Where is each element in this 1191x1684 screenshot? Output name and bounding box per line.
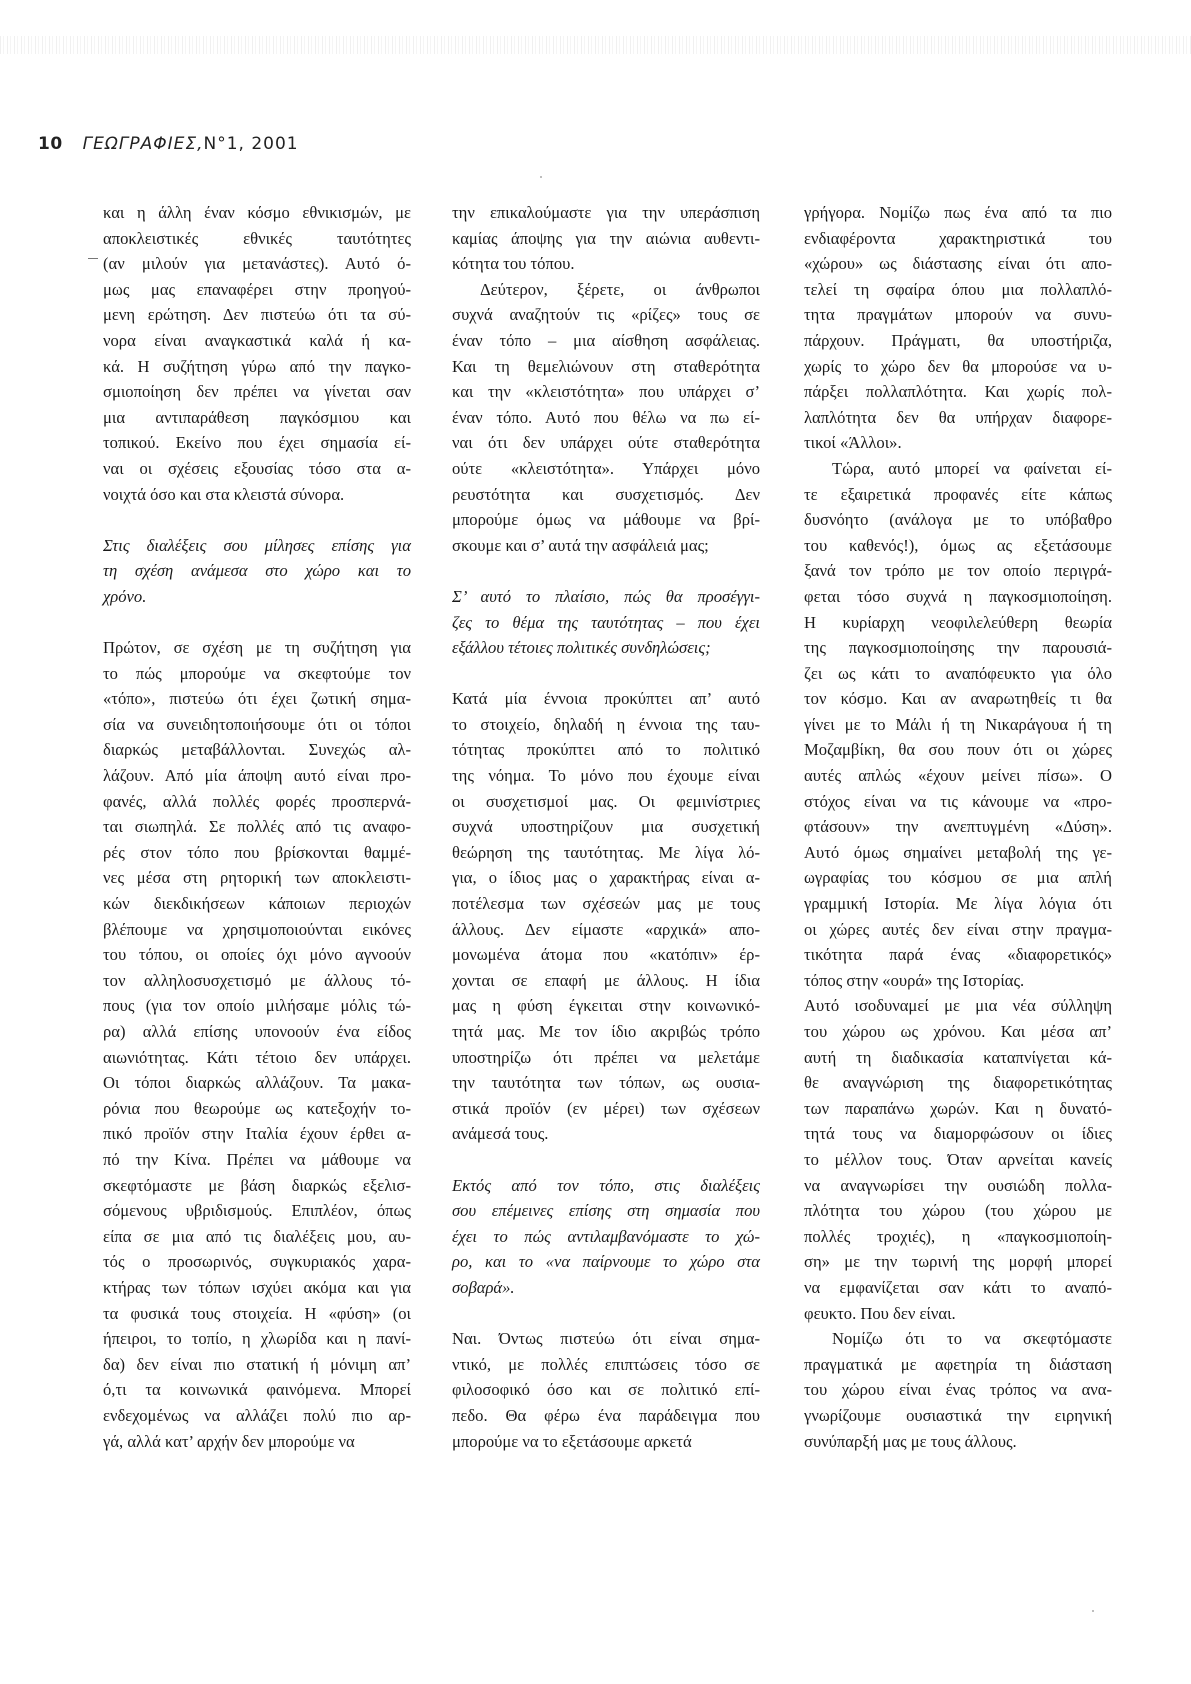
text-line: ποτέλεσμα των σχέσεών μας με τους: [452, 891, 760, 917]
text-line: έναν τόπο – μια αίσθηση ασφάλειας.: [452, 328, 760, 354]
text-line: πους (για τον οποίο μιλήσαμε μόλις τώ-: [103, 993, 411, 1019]
text-line: φιλοσοφικό όσο και σε πολιτικό επί-: [452, 1377, 760, 1403]
text-line: Και τη θεμελιώνουν στη σταθερότητα: [452, 354, 760, 380]
page-number: 10: [38, 134, 63, 154]
interview-question: Στις διαλέξεις σου μίλησες επίσης γιατη …: [103, 533, 411, 610]
text-line: χονται σε επαφή με άλλους. Η ίδια: [452, 968, 760, 994]
interview-answer-paragraph: Κατά μία έννοια προκύπτει απ’ αυτότο στο…: [452, 686, 760, 1147]
text-line: Εκτός από τον τόπο, στις διαλέξεις: [452, 1173, 760, 1199]
text-line: πό την Κίνα. Πρέπει να μάθουμε να: [103, 1147, 411, 1173]
text-line: της νόημα. Το μόνο που έχουμε είναι: [452, 763, 760, 789]
text-line: νορα είναι αναγκαστικά καλά ή κα-: [103, 328, 411, 354]
text-line: χωρίς το χώρο δεν θα μπορούσε να υ-: [804, 354, 1112, 380]
text-line: ντικό, με πολλές επιπτώσεις τόσο σε: [452, 1352, 760, 1378]
text-line: φτάσουν» την ανεπτυγμένη «Δύση».: [804, 814, 1112, 840]
margin-mark: [88, 258, 98, 259]
text-line: σκεφτόμαστε με βάση διαρκώς εξελισ-: [103, 1173, 411, 1199]
text-line: γίνει με το Μάλι ή τη Νικαράγουα ή τη: [804, 712, 1112, 738]
text-line: δυσνόητο (ανάλογα με το υπόβαθρο: [804, 507, 1112, 533]
text-line: θε αναγνώριση της διαφορετικότητας: [804, 1070, 1112, 1096]
text-line: φανές, αλλά πολλές φορές προσπερνά-: [103, 789, 411, 815]
text-line: των παραπάνω χωρών. Και η δυνατό-: [804, 1096, 1112, 1122]
interview-answer-paragraph: Πρώτον, σε σχέση με τη συζήτηση γιατο πώ…: [103, 635, 411, 1454]
text-line: ση» με την τωρινή της μορφή μπορεί: [804, 1249, 1112, 1275]
text-line: μενη ερώτηση. Δεν πιστεύω ότι τα σύ-: [103, 302, 411, 328]
text-line: νοιχτά όσο και στα κλειστά σύνορα.: [103, 482, 411, 508]
text-line: της παγκοσμιοποίησης την παρουσιά-: [804, 635, 1112, 661]
text-line: έναν τόπο. Αυτό που θέλω να πω εί-: [452, 405, 760, 431]
text-line: σκουμε και σ’ αυτά την ασφάλειά μας;: [452, 533, 760, 559]
text-line: Αυτό όμως σημαίνει μεταβολή της γε-: [804, 840, 1112, 866]
text-line: γραμμική Ιστορία. Με λίγα λόγια ότι: [804, 891, 1112, 917]
text-line: φευκτο. Που δεν είναι.: [804, 1301, 1112, 1327]
text-line: συχνά υποστηρίζουν μια συσχετική: [452, 814, 760, 840]
text-line: νες μέσα στη ρητορική των αποκλειστι-: [103, 865, 411, 891]
text-column-2: την επικαλούμαστε για την υπεράσπισηκαμί…: [452, 200, 760, 1454]
text-line: ρο, και το «να παίρνουμε το χώρο στα: [452, 1249, 760, 1275]
text-line: σου επέμεινες επίσης στη σημασία που: [452, 1198, 760, 1224]
text-line: υποστηρίζω ότι πρέπει να μελετάμε: [452, 1045, 760, 1071]
text-line: οι χώρες αυτές δεν είναι στην πραγμα-: [804, 917, 1112, 943]
text-line: συνύπαρξή μας με τους άλλους.: [804, 1429, 1112, 1455]
text-line: γά, αλλά κατ’ αρχήν δεν μπορούμε να: [103, 1429, 411, 1455]
text-line: ται σιωπηλά. Σε πολλές από τις αναφο-: [103, 814, 411, 840]
text-line: να εμφανίζεται σαν κάτι το αναπό-: [804, 1275, 1112, 1301]
interview-answer-paragraph: γρήγορα. Νομίζω πως ένα από τα πιοενδιαφ…: [804, 200, 1112, 456]
text-line: σόμενους υβριδισμούς. Επιπλέον, όπως: [103, 1198, 411, 1224]
text-line: λαπλότητα δεν θα υπήρχαν διαφορε-: [804, 405, 1112, 431]
issue-info: Ν°1, 2001: [204, 134, 299, 154]
text-line: Ναι. Όντως πιστεύω ότι είναι σημα-: [452, 1326, 760, 1352]
text-line: μπορούμε να το εξετάσουμε αρκετά: [452, 1429, 760, 1455]
text-line: Μοζαμβίκη, θα σου πουν ότι οι χώρες: [804, 737, 1112, 763]
text-line: καμίας άποψης για την αιώνια αυθεντι-: [452, 226, 760, 252]
text-line: είπα σε μια από τις διαλέξεις μου, αυ-: [103, 1224, 411, 1250]
text-line: ζες το θέμα της ταυτότητας – που έχει: [452, 610, 760, 636]
text-line: κότητα του τόπου.: [452, 251, 760, 277]
scan-speck: [1092, 1610, 1094, 1612]
text-column-3: γρήγορα. Νομίζω πως ένα από τα πιοενδιαφ…: [804, 200, 1112, 1454]
interview-answer-paragraph: Τώρα, αυτό μπορεί να φαίνεται εί-τε εξαι…: [804, 456, 1112, 993]
text-line: δα) δεν είναι πιο στατική ή μόνιμη απ’: [103, 1352, 411, 1378]
text-line: Πρώτον, σε σχέση με τη συζήτηση για: [103, 635, 411, 661]
text-line: και η άλλη έναν κόσμο εθνικισμών, με: [103, 200, 411, 226]
text-line: μια αντιπαράθεση παγκόσμιου και: [103, 405, 411, 431]
text-line: του τόπου, οι οποίες όχι μόνο αγνοούν: [103, 942, 411, 968]
text-line: Αυτό ισοδυναμεί με μια νέα σύλληψη: [804, 993, 1112, 1019]
text-line: τικοί «Άλλοι».: [804, 430, 1112, 456]
text-line: Νομίζω ότι το να σκεφτόμαστε: [804, 1326, 1112, 1352]
interview-question: Σ’ αυτό το πλαίσιο, πώς θα προσέγγι-ζες …: [452, 584, 760, 661]
paragraph-gap: [452, 661, 760, 687]
text-line: ρα) αλλά επίσης υπονοούν ένα είδος: [103, 1019, 411, 1045]
text-line: «τόπο», πιστεύω ότι έχει ζωτική σημα-: [103, 686, 411, 712]
text-line: τικότητα παρά ένας «διαφορετικός»: [804, 942, 1112, 968]
interview-answer-paragraph: την επικαλούμαστε για την υπεράσπισηκαμί…: [452, 200, 760, 277]
text-line: χρόνο.: [103, 584, 411, 610]
interview-answer-paragraph: και η άλλη έναν κόσμο εθνικισμών, μεαποκ…: [103, 200, 411, 507]
text-line: λάζουν. Από μία άποψη αυτό είναι προ-: [103, 763, 411, 789]
text-line: ωγραφίας του κόσμου σε μια απλή: [804, 865, 1112, 891]
text-line: κά. Η συζήτηση γύρω από την παγκο-: [103, 354, 411, 380]
journal-title: ΓΕΩΓΡΑΦΙΕΣ,: [83, 134, 204, 154]
text-line: στικά προϊόν (εν μέρει) των σχέσεων: [452, 1096, 760, 1122]
text-line: να αναγνωρίσει την ουσιώδη πολλα-: [804, 1173, 1112, 1199]
text-line: ναι οι σχέσεις εξουσίας τόσο στα α-: [103, 456, 411, 482]
text-line: το στοιχείο, δηλαδή η έννοια της ταυ-: [452, 712, 760, 738]
text-line: άλλους. Δεν είμαστε «αρχικά» απο-: [452, 917, 760, 943]
text-line: ναι ότι δεν υπάρχει ούτε σταθερότητα: [452, 430, 760, 456]
text-line: συχνά αναζητούν τις «ρίζες» τους σε: [452, 302, 760, 328]
text-line: εξάλλου τέτοιες πολιτικές συνδηλώσεις;: [452, 635, 760, 661]
text-line: τον κόσμο. Και αν αναρωτηθείς τι θα: [804, 686, 1112, 712]
text-line: φεται τόσο συχνά η παγκοσμιοποίηση.: [804, 584, 1112, 610]
interview-answer-paragraph: Δεύτερον, ξέρετε, οι άνθρωποισυχνά αναζη…: [452, 277, 760, 559]
text-line: σμιοποίηση δεν πρέπει να γίνεται σαν: [103, 379, 411, 405]
paragraph-gap: [452, 1301, 760, 1327]
text-line: την επικαλούμαστε για την υπεράσπιση: [452, 200, 760, 226]
interview-answer-paragraph: Αυτό ισοδυναμεί με μια νέα σύλληψητου χώ…: [804, 993, 1112, 1326]
text-line: του χώρου είναι ένας τρόπος να ανα-: [804, 1377, 1112, 1403]
text-line: σία να συνειδητοποιήσουμε ότι οι τόποι: [103, 712, 411, 738]
text-line: θεώρηση της ταυτότητας. Με λίγα λό-: [452, 840, 760, 866]
text-line: ξανά τον τρόπο με τον οποίο περιγρά-: [804, 558, 1112, 584]
text-line: τητά μας. Με τον ίδιο ακριβώς τρόπο: [452, 1019, 760, 1045]
paragraph-gap: [452, 558, 760, 584]
text-line: τελεί τη σφαίρα όπου μια πολλαπλό-: [804, 277, 1112, 303]
paragraph-gap: [103, 507, 411, 533]
text-line: γνωρίζουμε ουσιαστικά την ειρηνική: [804, 1403, 1112, 1429]
text-line: έχει το πώς αντιλαμβανόμαστε το χώ-: [452, 1224, 760, 1250]
text-line: του χώρου ως χρόνου. Και μέσα απ’: [804, 1019, 1112, 1045]
text-line: γρήγορα. Νομίζω πως ένα από τα πιο: [804, 200, 1112, 226]
text-line: Σ’ αυτό το πλαίσιο, πώς θα προσέγγι-: [452, 584, 760, 610]
paragraph-gap: [452, 1147, 760, 1173]
text-line: τητά τους να διαμορφώσουν οι ίδιες: [804, 1121, 1112, 1147]
text-line: και την «κλειστότητα» που υπάρχει σ’: [452, 379, 760, 405]
text-line: ρές στον τόπο που βρίσκονται θαμμέ-: [103, 840, 411, 866]
text-line: τον αλληλοσυσχετισμό με άλλους τό-: [103, 968, 411, 994]
text-line: μονωμένα άτομα που «κατόπιν» έρ-: [452, 942, 760, 968]
text-line: μας η φύση έγκειται στην κοινωνικό-: [452, 993, 760, 1019]
text-line: ούτε «κλειστότητα». Υπάρχει μόνο: [452, 456, 760, 482]
text-line: το μέλλον τους. Όταν αρνείται κανείς: [804, 1147, 1112, 1173]
text-line: τητα πραγμάτων μπορούν να συνυ-: [804, 302, 1112, 328]
running-header: 10 ΓΕΩΓΡΑΦΙΕΣ, Ν°1, 2001: [38, 134, 299, 164]
text-line: σοβαρά».: [452, 1275, 760, 1301]
text-line: τοπικού. Εκείνο που έχει σημασία εί-: [103, 430, 411, 456]
text-line: (αν μιλούν για μετανάστες). Αυτό ό-: [103, 251, 411, 277]
text-line: για, ο ίδιος μας ο χαρακτήρας είναι α-: [452, 865, 760, 891]
text-line: ό,τι τα κοινωνικά φαινόμενα. Μπορεί: [103, 1377, 411, 1403]
text-line: πολλές τροχιές), η «παγκοσμιοποίη-: [804, 1224, 1112, 1250]
text-line: διαρκώς μεταβάλλονται. Συνεχώς αλ-: [103, 737, 411, 763]
text-line: «χώρου» ως διάστασης είναι ότι απο-: [804, 251, 1112, 277]
text-line: πραγματικά με αφετηρία τη διάσταση: [804, 1352, 1112, 1378]
text-line: τη σχέση ανάμεσα στο χώρο και το: [103, 558, 411, 584]
text-line: οι συσχετισμοί μας. Οι φεμινίστριες: [452, 789, 760, 815]
text-line: Η κυρίαρχη νεοφιλελεύθερη θεωρία: [804, 610, 1112, 636]
text-line: μπορούμε όμως να μάθουμε να βρί-: [452, 507, 760, 533]
interview-question: Εκτός από τον τόπο, στις διαλέξειςσου επ…: [452, 1173, 760, 1301]
text-line: στόχος είναι να τις κάνουμε να «προ-: [804, 789, 1112, 815]
text-line: Τώρα, αυτό μπορεί να φαίνεται εί-: [804, 456, 1112, 482]
text-line: μως μας επαναφέρει στην προηγού-: [103, 277, 411, 303]
text-line: ήπειροι, το τοπίο, η χλωρίδα και η πανί-: [103, 1326, 411, 1352]
text-line: ρευστότητα και συσχετισμός. Δεν: [452, 482, 760, 508]
text-line: αιωνιότητας. Κάτι τέτοιο δεν υπάρχει.: [103, 1045, 411, 1071]
text-line: τα φυσικά τους στοιχεία. Η «φύση» (οι: [103, 1301, 411, 1327]
text-line: ζει ως κάτι το αναπόφευκτο για όλο: [804, 661, 1112, 687]
text-line: ενδεχομένως να αλλάζει πολύ πιο αρ-: [103, 1403, 411, 1429]
scan-artifact-band: [0, 36, 1191, 54]
text-line: τότητας προκύπτει από το πολιτικό: [452, 737, 760, 763]
text-line: κών διεκδικήσεων κάποιων περιοχών: [103, 891, 411, 917]
text-line: Στις διαλέξεις σου μίλησες επίσης για: [103, 533, 411, 559]
text-line: πάρχουν. Πράγματι, θα υποστήριζα,: [804, 328, 1112, 354]
text-line: αυτές απλώς «έχουν μείνει πίσω». Ο: [804, 763, 1112, 789]
text-line: τόπος στην «ουρά» της Ιστορίας.: [804, 968, 1112, 994]
text-line: πικό προϊόν στην Ιταλία έχουν έρθει α-: [103, 1121, 411, 1147]
text-line: κτήρας των τόπων ισχύει ακόμα και για: [103, 1275, 411, 1301]
text-line: αποκλειστικές εθνικές ταυτότητες: [103, 226, 411, 252]
text-line: το πώς μπορούμε να σκεφτούμε τον: [103, 661, 411, 687]
text-line: πεδο. Θα φέρω ένα παράδειγμα που: [452, 1403, 760, 1429]
text-line: πλότητα του χώρου (του χώρου με: [804, 1198, 1112, 1224]
text-line: ενδιαφέροντα χαρακτηριστικά του: [804, 226, 1112, 252]
text-line: Κατά μία έννοια προκύπτει απ’ αυτό: [452, 686, 760, 712]
text-line: Δεύτερον, ξέρετε, οι άνθρωποι: [452, 277, 760, 303]
paragraph-gap: [103, 610, 411, 636]
interview-answer-paragraph: Νομίζω ότι το να σκεφτόμαστεπραγματικά μ…: [804, 1326, 1112, 1454]
text-line: τός ο προσωρινός, συγκυριακός χαρα-: [103, 1249, 411, 1275]
text-line: βλέπουμε να χρησιμοποιούνται εικόνες: [103, 917, 411, 943]
text-line: πάρξει πολλαπλότητα. Και χωρίς πολ-: [804, 379, 1112, 405]
text-line: ρόνια που θεωρούμε ως κατεξοχήν το-: [103, 1096, 411, 1122]
text-line: αυτή τη διαδικασία καταπνίγεται κά-: [804, 1045, 1112, 1071]
scan-speck: [540, 176, 542, 178]
text-line: Οι τόποι διαρκώς αλλάζουν. Τα μακα-: [103, 1070, 411, 1096]
text-line: την ταυτότητα των τόπων, ως ουσια-: [452, 1070, 760, 1096]
interview-answer-paragraph: Ναι. Όντως πιστεύω ότι είναι σημα-ντικό,…: [452, 1326, 760, 1454]
text-line: ανάμεσά τους.: [452, 1121, 760, 1147]
text-line: του καθενός!), όμως ας εξετάσουμε: [804, 533, 1112, 559]
text-line: τε εξαιρετικά προφανές είτε κάπως: [804, 482, 1112, 508]
text-column-1: και η άλλη έναν κόσμο εθνικισμών, μεαποκ…: [103, 200, 411, 1454]
